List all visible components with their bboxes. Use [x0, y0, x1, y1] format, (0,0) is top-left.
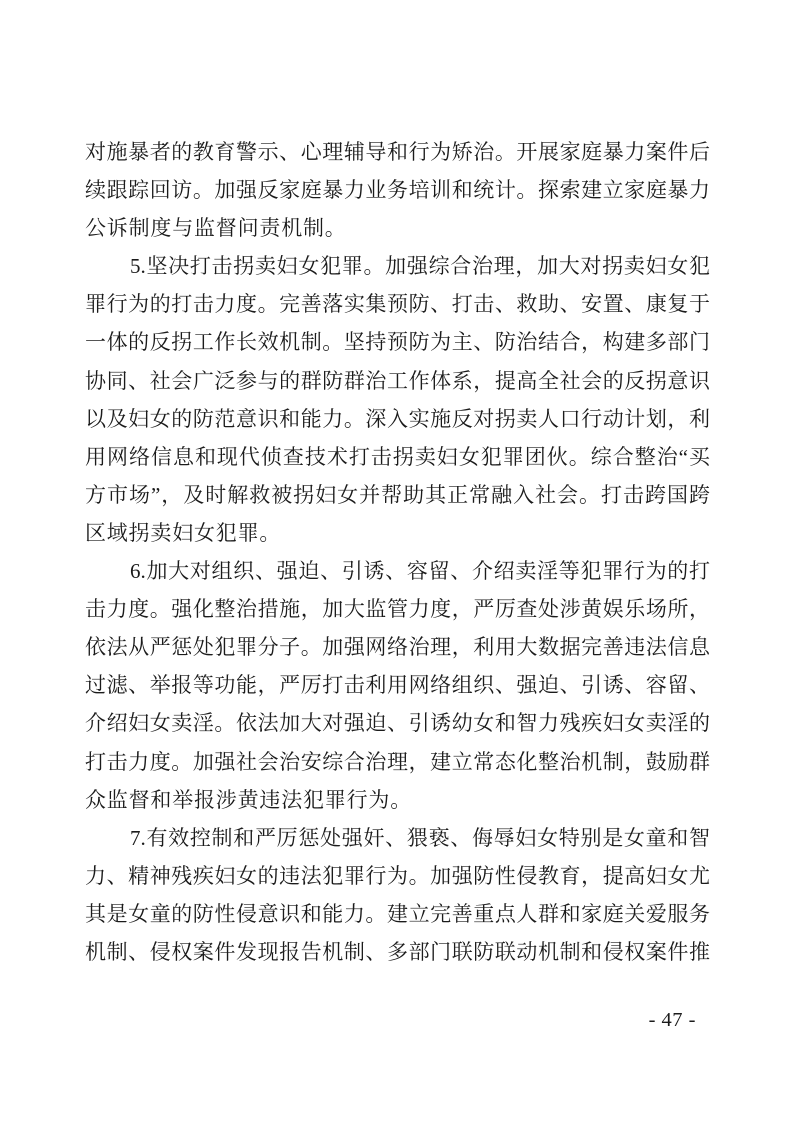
text-line: 公诉制度与监督问责机制。	[85, 209, 710, 247]
text-line: 打击力度。加强社会治安综合治理，建立常态化整治机制，鼓励群	[85, 743, 710, 781]
document-page: 对施暴者的教育警示、心理辅导和行为矫治。开展家庭暴力案件后 续跟踪回访。加强反家…	[0, 0, 794, 1122]
text-line-item-6-start: 6.加大对组织、强迫、引诱、容留、介绍卖淫等犯罪行为的打	[85, 552, 710, 590]
text-line: 力、精神残疾妇女的违法犯罪行为。加强防性侵教育，提高妇女尤	[85, 857, 710, 895]
text-line: 其是女童的防性侵意识和能力。建立完善重点人群和家庭关爱服务	[85, 895, 710, 933]
text-line: 击力度。强化整治措施，加大监管力度，严厉查处涉黄娱乐场所，	[85, 590, 710, 628]
text-line: 众监督和举报涉黄违法犯罪行为。	[85, 781, 710, 819]
text-line-item-7-start: 7.有效控制和严厉惩处强奸、猥亵、侮辱妇女特别是女童和智	[85, 819, 710, 857]
text-line: 续跟踪回访。加强反家庭暴力业务培训和统计。探索建立家庭暴力	[85, 171, 710, 209]
text-block: 对施暴者的教育警示、心理辅导和行为矫治。开展家庭暴力案件后 续跟踪回访。加强反家…	[85, 133, 710, 971]
text-line: 区域拐卖妇女犯罪。	[85, 514, 710, 552]
text-line-item-5-start: 5.坚决打击拐卖妇女犯罪。加强综合治理，加大对拐卖妇女犯	[85, 247, 710, 285]
text-line: 协同、社会广泛参与的群防群治工作体系，提高全社会的反拐意识	[85, 362, 710, 400]
text-line: 过滤、举报等功能，严厉打击利用网络组织、强迫、引诱、容留、	[85, 666, 710, 704]
text-line: 以及妇女的防范意识和能力。深入实施反对拐卖人口行动计划，利	[85, 400, 710, 438]
text-line: 罪行为的打击力度。完善落实集预防、打击、救助、安置、康复于	[85, 285, 710, 323]
text-line: 依法从严惩处犯罪分子。加强网络治理，利用大数据完善违法信息	[85, 628, 710, 666]
page-number: - 47 -	[649, 1008, 696, 1032]
text-line: 用网络信息和现代侦查技术打击拐卖妇女犯罪团伙。综合整治“买	[85, 438, 710, 476]
text-line: 方市场”，及时解救被拐妇女并帮助其正常融入社会。打击跨国跨	[85, 476, 710, 514]
text-line: 一体的反拐工作长效机制。坚持预防为主、防治结合，构建多部门	[85, 323, 710, 361]
text-line: 对施暴者的教育警示、心理辅导和行为矫治。开展家庭暴力案件后	[85, 133, 710, 171]
text-line: 机制、侵权案件发现报告机制、多部门联防联动机制和侵权案件推	[85, 933, 710, 971]
text-line: 介绍妇女卖淫。依法加大对强迫、引诱幼女和智力残疾妇女卖淫的	[85, 704, 710, 742]
